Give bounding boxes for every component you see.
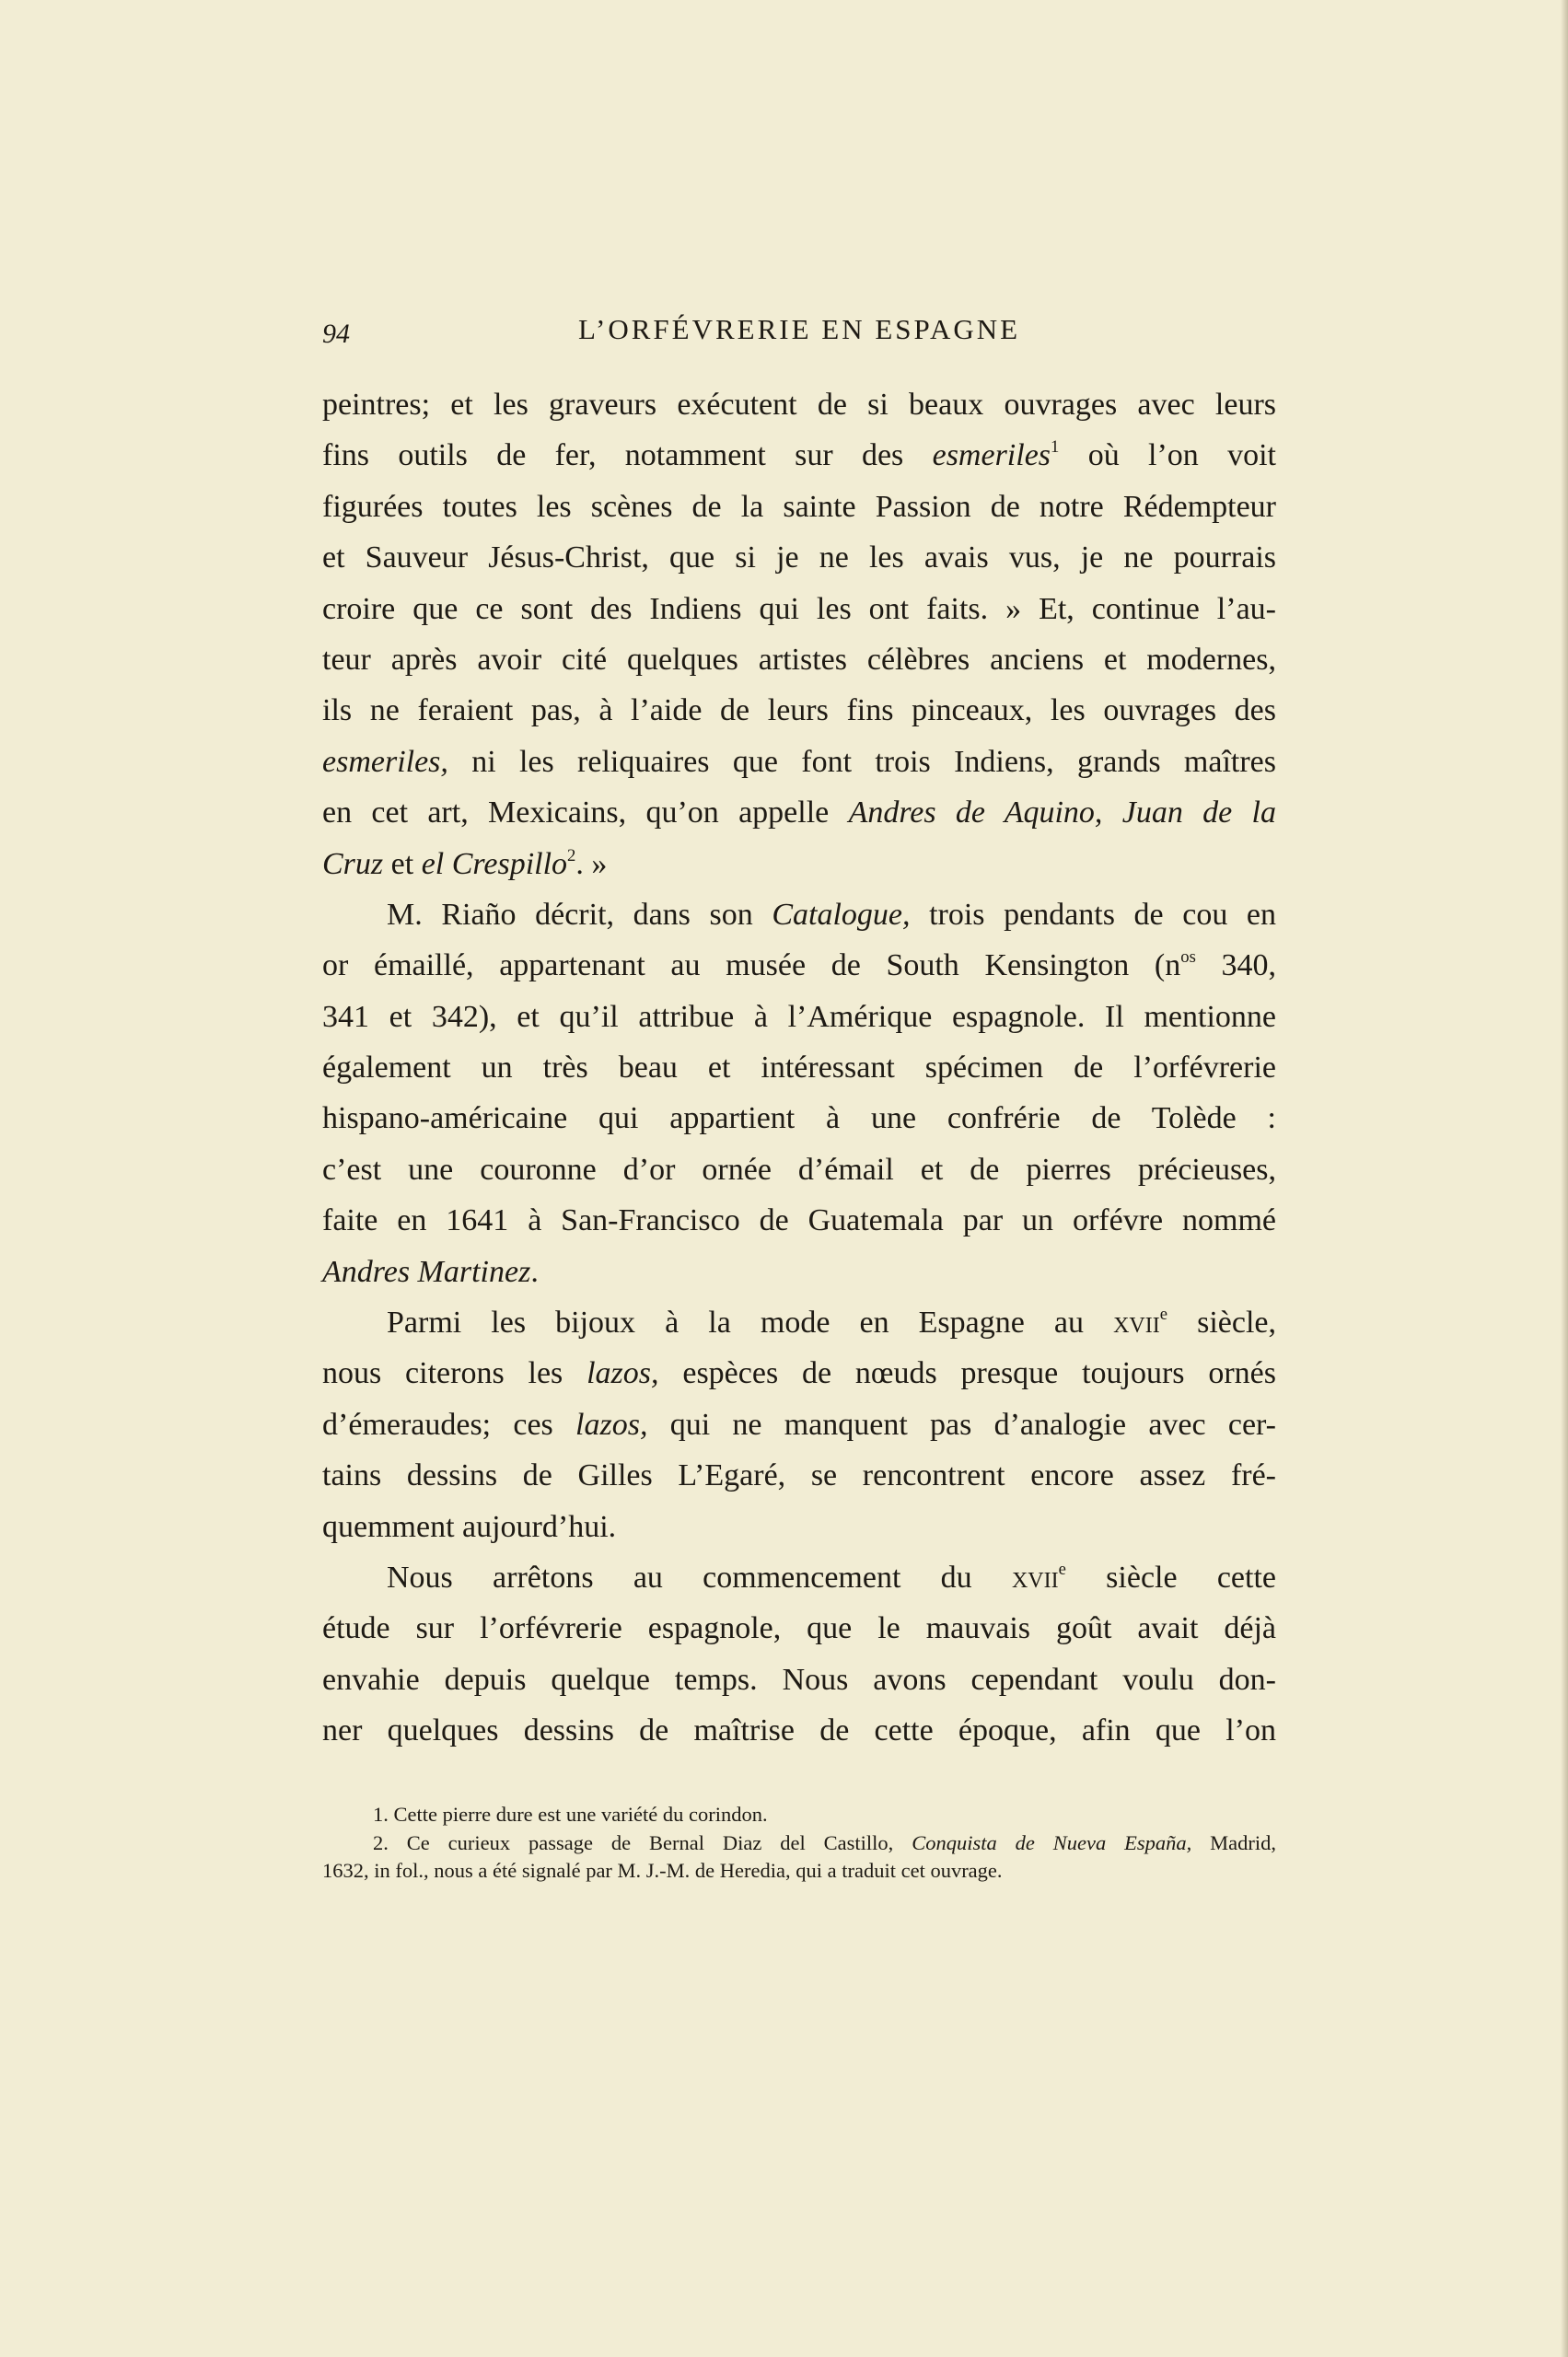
text-line: faite en 1641 à San-Francisco de Guatema… — [322, 1195, 1276, 1246]
running-head: 94 L’ORFÉVRERIE EN ESPAGNE — [322, 313, 1276, 354]
text-line: croire que ce sont des Indiens qui les o… — [322, 584, 1276, 634]
text-span: 341 et 342), et qu’il attribue à l’Améri… — [322, 1000, 1276, 1034]
italic-term: lazos, — [587, 1356, 658, 1390]
text-line: quemment aujourd’hui. — [322, 1502, 1276, 1552]
text-span: envahie depuis quelque temps. Nous avons… — [322, 1663, 1276, 1697]
text-span: M. Riaño décrit, dans son — [387, 898, 772, 932]
text-line: envahie depuis quelque temps. Nous avons… — [322, 1655, 1276, 1705]
superscript: os — [1180, 947, 1196, 967]
text-span: nous citerons les — [322, 1356, 587, 1390]
footnotes: 1. Cette pierre dure est une variété du … — [322, 1801, 1276, 1886]
text-line: figurées toutes les scènes de la sainte … — [322, 482, 1276, 532]
text-line: esmeriles, ni les reliquaires que font t… — [322, 737, 1276, 787]
italic-names: Cruz — [322, 847, 383, 881]
century-numeral: xvii — [1113, 1306, 1160, 1340]
footnote-text: 1632, in fol., nous a été signalé par M.… — [322, 1859, 1003, 1882]
italic-title: Conquista de Nueva España, — [912, 1831, 1191, 1854]
text-line: c’est une couronne d’or ornée d’émail et… — [322, 1144, 1276, 1195]
text-line: et Sauveur Jésus-Christ, que si je ne le… — [322, 532, 1276, 583]
italic-names: Andres de Aquino, Juan de la — [849, 795, 1276, 830]
italic-term: lazos, — [575, 1408, 647, 1442]
text-span: trois pendants de cou en — [911, 898, 1277, 932]
footnote-ref-1[interactable]: 1 — [1051, 437, 1059, 457]
italic-term: esmeriles — [933, 438, 1051, 472]
text-line: nous citerons les lazos, espèces de nœud… — [322, 1348, 1276, 1399]
superscript: e — [1160, 1305, 1167, 1324]
running-title: L’ORFÉVRERIE EN ESPAGNE — [322, 313, 1276, 346]
text-span: peintres; et les graveurs exécutent de s… — [322, 388, 1276, 422]
footnote-2-continued: 1632, in fol., nous a été signalé par M.… — [322, 1857, 1276, 1886]
text-line: Nous arrêtons au commencement du xviie s… — [322, 1552, 1276, 1603]
text-span: ni les reliquaires que font trois Indien… — [448, 745, 1276, 779]
text-span: qui ne manquent pas d’analogie avec cer- — [647, 1408, 1276, 1442]
text-span: figurées toutes les scènes de la sainte … — [322, 490, 1276, 524]
text-line: M. Riaño décrit, dans son Catalogue, tro… — [322, 889, 1276, 940]
footnote-text: Ce curieux passage de Bernal Diaz del Ca… — [407, 1831, 912, 1854]
text-span: or émaillé, appartenant au musée de Sout… — [322, 948, 1180, 982]
text-span: siècle, — [1167, 1306, 1276, 1340]
footnote-text: Cette pierre dure est une variété du cor… — [394, 1803, 768, 1826]
text-line: teur après avoir cité quelques artistes … — [322, 634, 1276, 685]
footnote-2: 2. Ce curieux passage de Bernal Diaz del… — [322, 1829, 1276, 1858]
text-span: . » — [575, 847, 607, 881]
text-line: Andres Martinez. — [322, 1247, 1276, 1297]
text-span: . — [530, 1255, 539, 1289]
text-span: 340, — [1196, 948, 1276, 982]
footnote-ref-2[interactable]: 2 — [567, 846, 575, 865]
text-span: hispano-américaine qui appartient à une … — [322, 1101, 1276, 1135]
footnote-1: 1. Cette pierre dure est une variété du … — [322, 1801, 1276, 1829]
text-span: Parmi les bijoux à la mode en Espagne au — [387, 1306, 1113, 1340]
text-span: en cet art, Mexicains, qu’on appelle — [322, 795, 849, 830]
text-span: d’émeraudes; ces — [322, 1408, 575, 1442]
text-span: fins outils de fer, notamment sur des — [322, 438, 933, 472]
text-line: Cruz et el Crespillo2. » — [322, 839, 1276, 889]
century-numeral: xvii — [1012, 1561, 1059, 1595]
text-line: d’émeraudes; ces lazos, qui ne manquent … — [322, 1399, 1276, 1450]
text-line: tains dessins de Gilles L’Egaré, se renc… — [322, 1450, 1276, 1501]
text-span: espèces de nœuds presque toujours ornés — [659, 1356, 1276, 1390]
text-line: ils ne feraient pas, à l’aide de leurs f… — [322, 685, 1276, 736]
text-line: or émaillé, appartenant au musée de Sout… — [322, 940, 1276, 991]
italic-names: el Crespillo — [422, 847, 567, 881]
text-line: peintres; et les graveurs exécutent de s… — [322, 379, 1276, 430]
text-span: croire que ce sont des Indiens qui les o… — [322, 592, 1276, 626]
text-line: Parmi les bijoux à la mode en Espagne au… — [322, 1297, 1276, 1348]
text-span: siècle cette — [1066, 1561, 1276, 1595]
footnote-text: Madrid, — [1191, 1831, 1276, 1854]
text-span: et — [383, 847, 422, 881]
italic-title: Catalogue, — [772, 898, 910, 932]
text-span: ner quelques dessins de maîtrise de cett… — [322, 1713, 1276, 1747]
text-span: également un très beau et intéressant sp… — [322, 1051, 1276, 1085]
text-line: également un très beau et intéressant sp… — [322, 1042, 1276, 1093]
text-line: 341 et 342), et qu’il attribue à l’Améri… — [322, 992, 1276, 1042]
text-span: étude sur l’orfévrerie espagnole, que le… — [322, 1611, 1276, 1645]
text-span: et Sauveur Jésus-Christ, que si je ne le… — [322, 540, 1276, 575]
body-text: peintres; et les graveurs exécutent de s… — [322, 379, 1276, 1757]
text-span: teur après avoir cité quelques artistes … — [322, 643, 1276, 677]
text-line: en cet art, Mexicains, qu’on appelle And… — [322, 787, 1276, 838]
text-line: fins outils de fer, notamment sur des es… — [322, 430, 1276, 481]
text-span: ils ne feraient pas, à l’aide de leurs f… — [322, 693, 1276, 727]
text-span: faite en 1641 à San-Francisco de Guatema… — [322, 1203, 1276, 1237]
superscript: e — [1059, 1560, 1066, 1579]
text-line: ner quelques dessins de maîtrise de cett… — [322, 1705, 1276, 1756]
page-edge-shadow — [1561, 0, 1568, 2357]
italic-term: esmeriles, — [322, 745, 448, 779]
text-span: c’est une couronne d’or ornée d’émail et… — [322, 1153, 1276, 1187]
text-line: hispano-américaine qui appartient à une … — [322, 1093, 1276, 1144]
text-span: où l’on voit — [1059, 438, 1276, 472]
text-span: Nous arrêtons au commencement du — [387, 1561, 1012, 1595]
text-span: tains dessins de Gilles L’Egaré, se renc… — [322, 1458, 1276, 1492]
italic-names: Andres Martinez — [322, 1255, 530, 1289]
footnote-number: 2. — [373, 1831, 389, 1854]
footnote-number: 1. — [373, 1803, 389, 1826]
text-line: étude sur l’orfévrerie espagnole, que le… — [322, 1603, 1276, 1654]
text-span: quemment aujourd’hui. — [322, 1510, 616, 1544]
